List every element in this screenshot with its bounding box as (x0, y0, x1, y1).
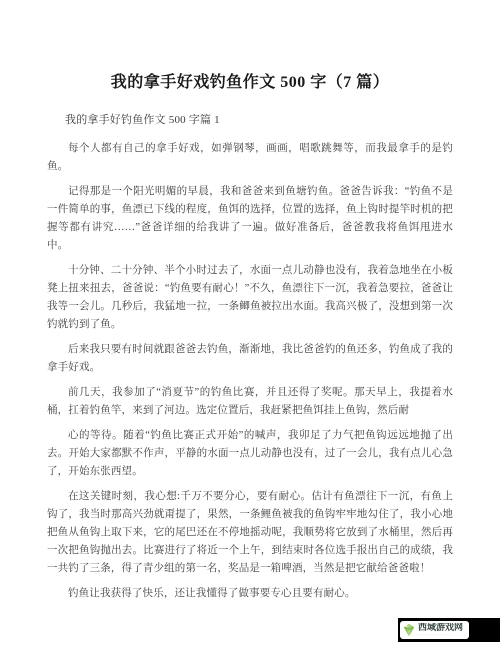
document-page: 我的拿手好戏钓鱼作文 500 字（7 篇） 我的拿手好钓鱼作文 500 字篇 1… (0, 0, 500, 647)
article-paragraph: 后来我只要有时间就跟爸爸去钓鱼，渐渐地，我比爸爸钓的鱼还多，钓鱼成了我的拿手好戏… (47, 341, 453, 377)
page-title: 我的拿手好戏钓鱼作文 500 字（7 篇） (0, 0, 500, 94)
article-paragraph: 记得那是一个阳光明媚的早晨，我和爸爸来到鱼塘钓鱼。爸爸告诉我：“钓鱼不是一件简单… (47, 183, 453, 255)
site-name: 西域游戏网 (418, 623, 463, 632)
article-paragraph: 十分钟、二十分钟、半个小时过去了，水面一点儿动静也没有，我着急地坐在小板凳上扭来… (47, 262, 453, 334)
article-paragraph: 在这关键时刻，我心想:千万不要分心，要有耐心。估计有鱼漂往下一沉，有鱼上钩了，我… (47, 488, 453, 578)
site-logo-text: 西域游戏网 ·············· (418, 623, 463, 637)
article-paragraph: 心的等待。随着“钓鱼比赛正式开始”的喊声，我卯足了力气把鱼钩远远地抛了出去。开始… (47, 427, 453, 481)
gem-logo-icon (402, 623, 416, 637)
site-tagline: ·············· (418, 633, 463, 637)
article-paragraph: 前几天，我参加了“消夏节”的钓鱼比赛，并且还得了奖呢。那天早上，我提着水桶，扛着… (47, 384, 453, 420)
article-subtitle: 我的拿手好钓鱼作文 500 字篇 1 (65, 111, 453, 127)
site-logo[interactable]: 西域游戏网 ·············· (400, 621, 469, 639)
article-paragraph: 每个人都有自己的拿手好戏，如弹钢琴，画画，唱歌跳舞等，而我最拿手的是钓鱼。 (47, 140, 453, 176)
article-paragraph: 钓鱼让我获得了快乐，还让我懂得了做事要专心且要有耐心。 (47, 585, 453, 603)
site-watermark-badge: 西域游戏网 ·············· (398, 618, 500, 642)
article-body: 每个人都有自己的拿手好戏，如弹钢琴，画画，唱歌跳舞等，而我最拿手的是钓鱼。 记得… (47, 140, 453, 603)
